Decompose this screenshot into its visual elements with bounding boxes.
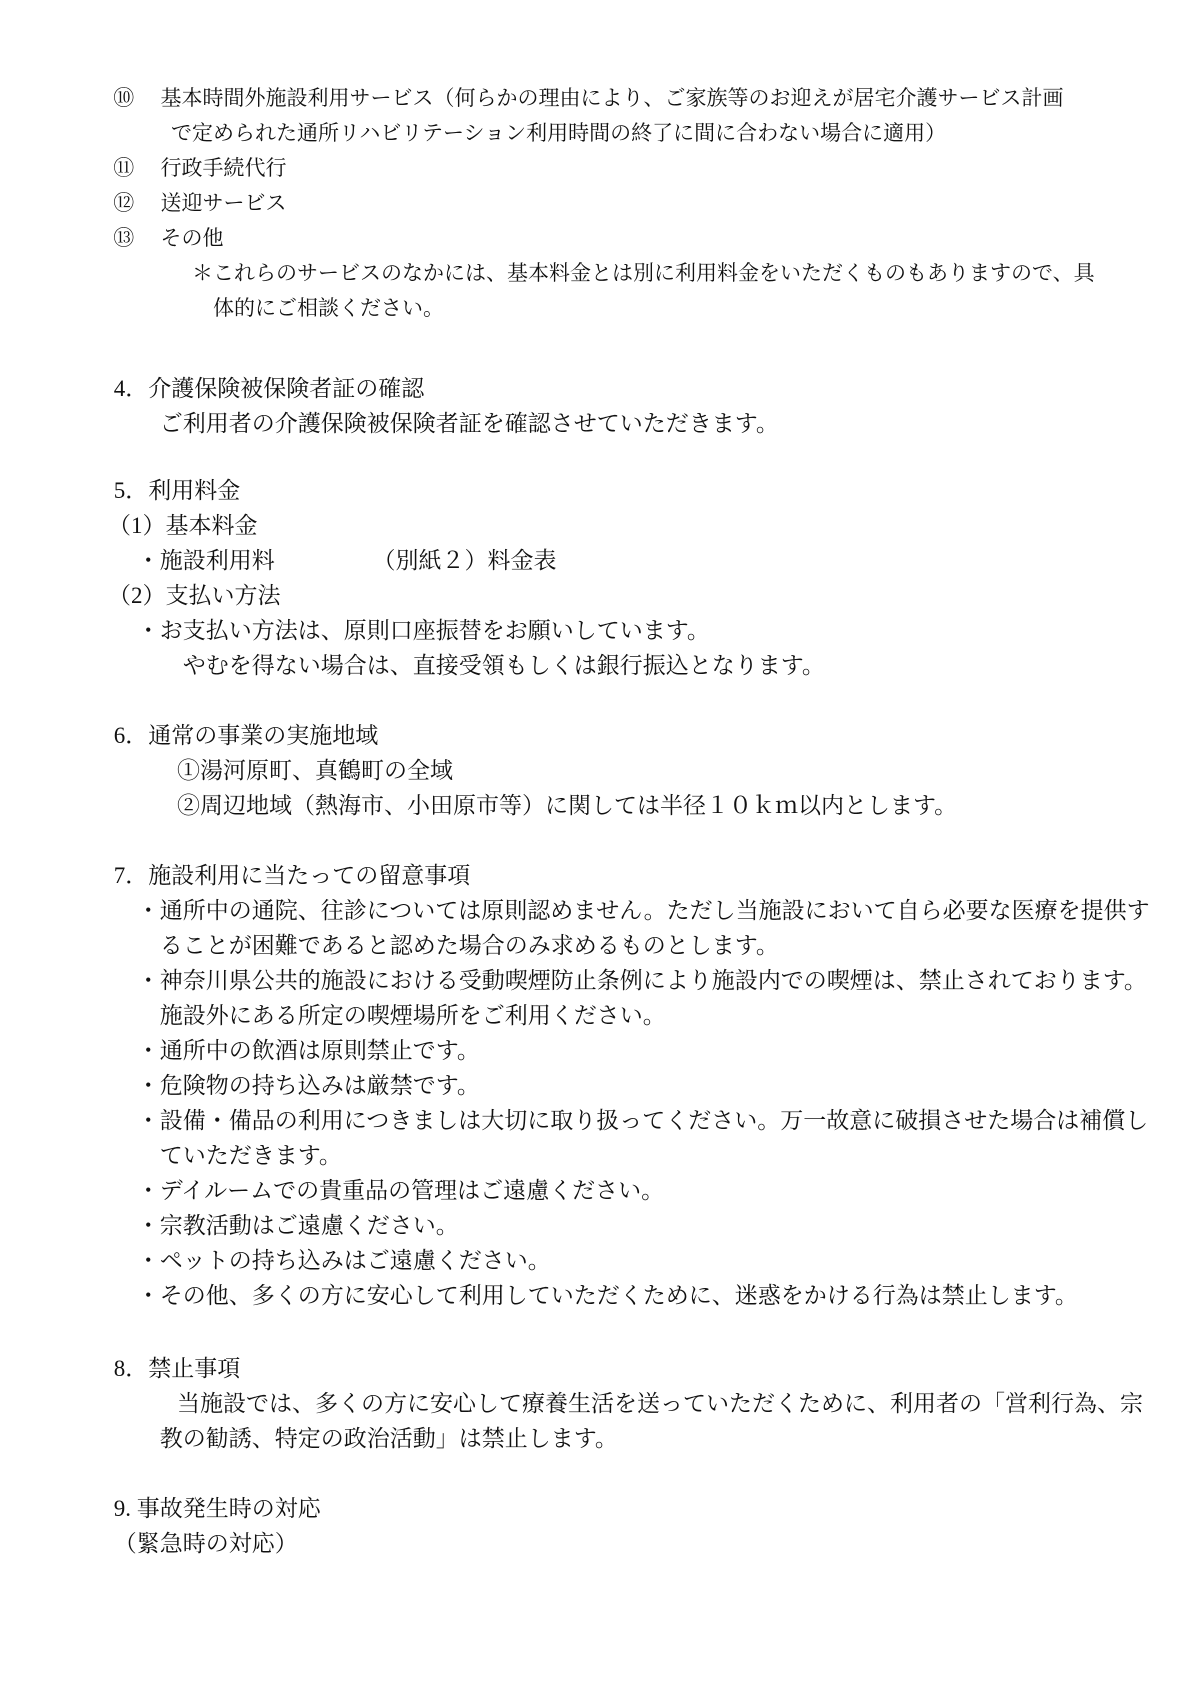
document-page: ⑩ 基本時間外施設利用サービス（何らかの理由により、ご家族等のお迎えが居宅介護サ… (0, 0, 1191, 1684)
document-line: ＊これらのサービスのなかには、基本料金とは別に利用料金をいただくものもありますの… (108, 256, 1183, 291)
section-heading: 5．利用料金 (108, 473, 1183, 508)
document-line: やむを得ない場合は、直接受領もしくは銀行振込となります。 (108, 648, 1183, 683)
section-8-prohibited-matters: 8．禁止事項 当施設では、多くの方に安心して療養生活を送っていただくために、利用… (108, 1351, 1183, 1456)
document-line: ・ペットの持ち込みはご遠慮ください。 (108, 1243, 1183, 1278)
document-line: ・施設利用料 （別紙２）料金表 (108, 543, 1183, 578)
section-heading: 8．禁止事項 (108, 1351, 1183, 1386)
additional-services-list: ⑩ 基本時間外施設利用サービス（何らかの理由により、ご家族等のお迎えが居宅介護サ… (108, 81, 1183, 326)
document-line: （1）基本料金 (108, 508, 1183, 543)
section-heading: 9. 事故発生時の対応 (108, 1491, 1183, 1526)
document-line: ⑩ 基本時間外施設利用サービス（何らかの理由により、ご家族等のお迎えが居宅介護サ… (108, 81, 1183, 116)
section-6-service-area: 6．通常の事業の実施地域 ①湯河原町、真鶴町の全域 ②周辺地域（熱海市、小田原市… (108, 718, 1183, 823)
document-line: 体的にご相談ください。 (108, 291, 1183, 326)
document-line: ⑪ 行政手続代行 (108, 151, 1183, 186)
document-line: ・危険物の持ち込みは厳禁です。 (108, 1068, 1183, 1103)
section-heading: 7．施設利用に当たっての留意事項 (108, 858, 1183, 893)
document-line: ・その他、多くの方に安心して利用していただくために、迷惑をかける行為は禁止します… (108, 1278, 1183, 1313)
section-heading: 4．介護保険被保険者証の確認 (108, 371, 1183, 406)
document-line: ・通所中の飲酒は原則禁止です。 (108, 1033, 1183, 1068)
document-line: ご利用者の介護保険被保険者証を確認させていただきます。 (108, 406, 1183, 441)
document-line: （2）支払い方法 (108, 578, 1183, 613)
section-4-insurance-card-confirmation: 4．介護保険被保険者証の確認 ご利用者の介護保険被保険者証を確認させていただきま… (108, 371, 1183, 441)
document-line: ・デイルームでの貴重品の管理はご遠慮ください。 (108, 1173, 1183, 1208)
document-line: ⑫ 送迎サービス (108, 186, 1183, 221)
document-line: ・通所中の通院、往診については原則認めません。ただし当施設において自ら必要な医療… (108, 893, 1183, 928)
document-line: ることが困難であると認めた場合のみ求めるものとします。 (108, 928, 1183, 963)
document-line: ・お支払い方法は、原則口座振替をお願いしています。 (108, 613, 1183, 648)
document-line: ②周辺地域（熱海市、小田原市等）に関しては半径１０ｋｍ以内とします。 (108, 788, 1183, 823)
section-5-usage-fees: 5．利用料金 （1）基本料金 ・施設利用料 （別紙２）料金表 （2）支払い方法 … (108, 473, 1183, 683)
document-line: ・神奈川県公共的施設における受動喫煙防止条例により施設内での喫煙は、禁止されてお… (108, 963, 1183, 998)
section-heading: 6．通常の事業の実施地域 (108, 718, 1183, 753)
document-line: ・宗教活動はご遠慮ください。 (108, 1208, 1183, 1243)
document-line: 当施設では、多くの方に安心して療養生活を送っていただくために、利用者の「営利行為… (108, 1386, 1183, 1421)
section-7-facility-use-notes: 7．施設利用に当たっての留意事項 ・通所中の通院、往診については原則認めません。… (108, 858, 1183, 1313)
document-line: 教の勧誘、特定の政治活動」は禁止します。 (108, 1421, 1183, 1456)
document-line: 施設外にある所定の喫煙場所をご利用ください。 (108, 998, 1183, 1033)
document-line: ①湯河原町、真鶴町の全域 (108, 753, 1183, 788)
section-9-accident-response: 9. 事故発生時の対応 （緊急時の対応） (108, 1491, 1183, 1561)
document-line: ていただきます。 (108, 1138, 1183, 1173)
document-line: ・設備・備品の利用につきましは大切に取り扱ってください。万一故意に破損させた場合… (108, 1103, 1183, 1138)
document-line: ⑬ その他 (108, 221, 1183, 256)
document-line: で定められた通所リハビリテーション利用時間の終了に間に合わない場合に適用） (108, 116, 1183, 151)
document-line: （緊急時の対応） (108, 1526, 1183, 1561)
